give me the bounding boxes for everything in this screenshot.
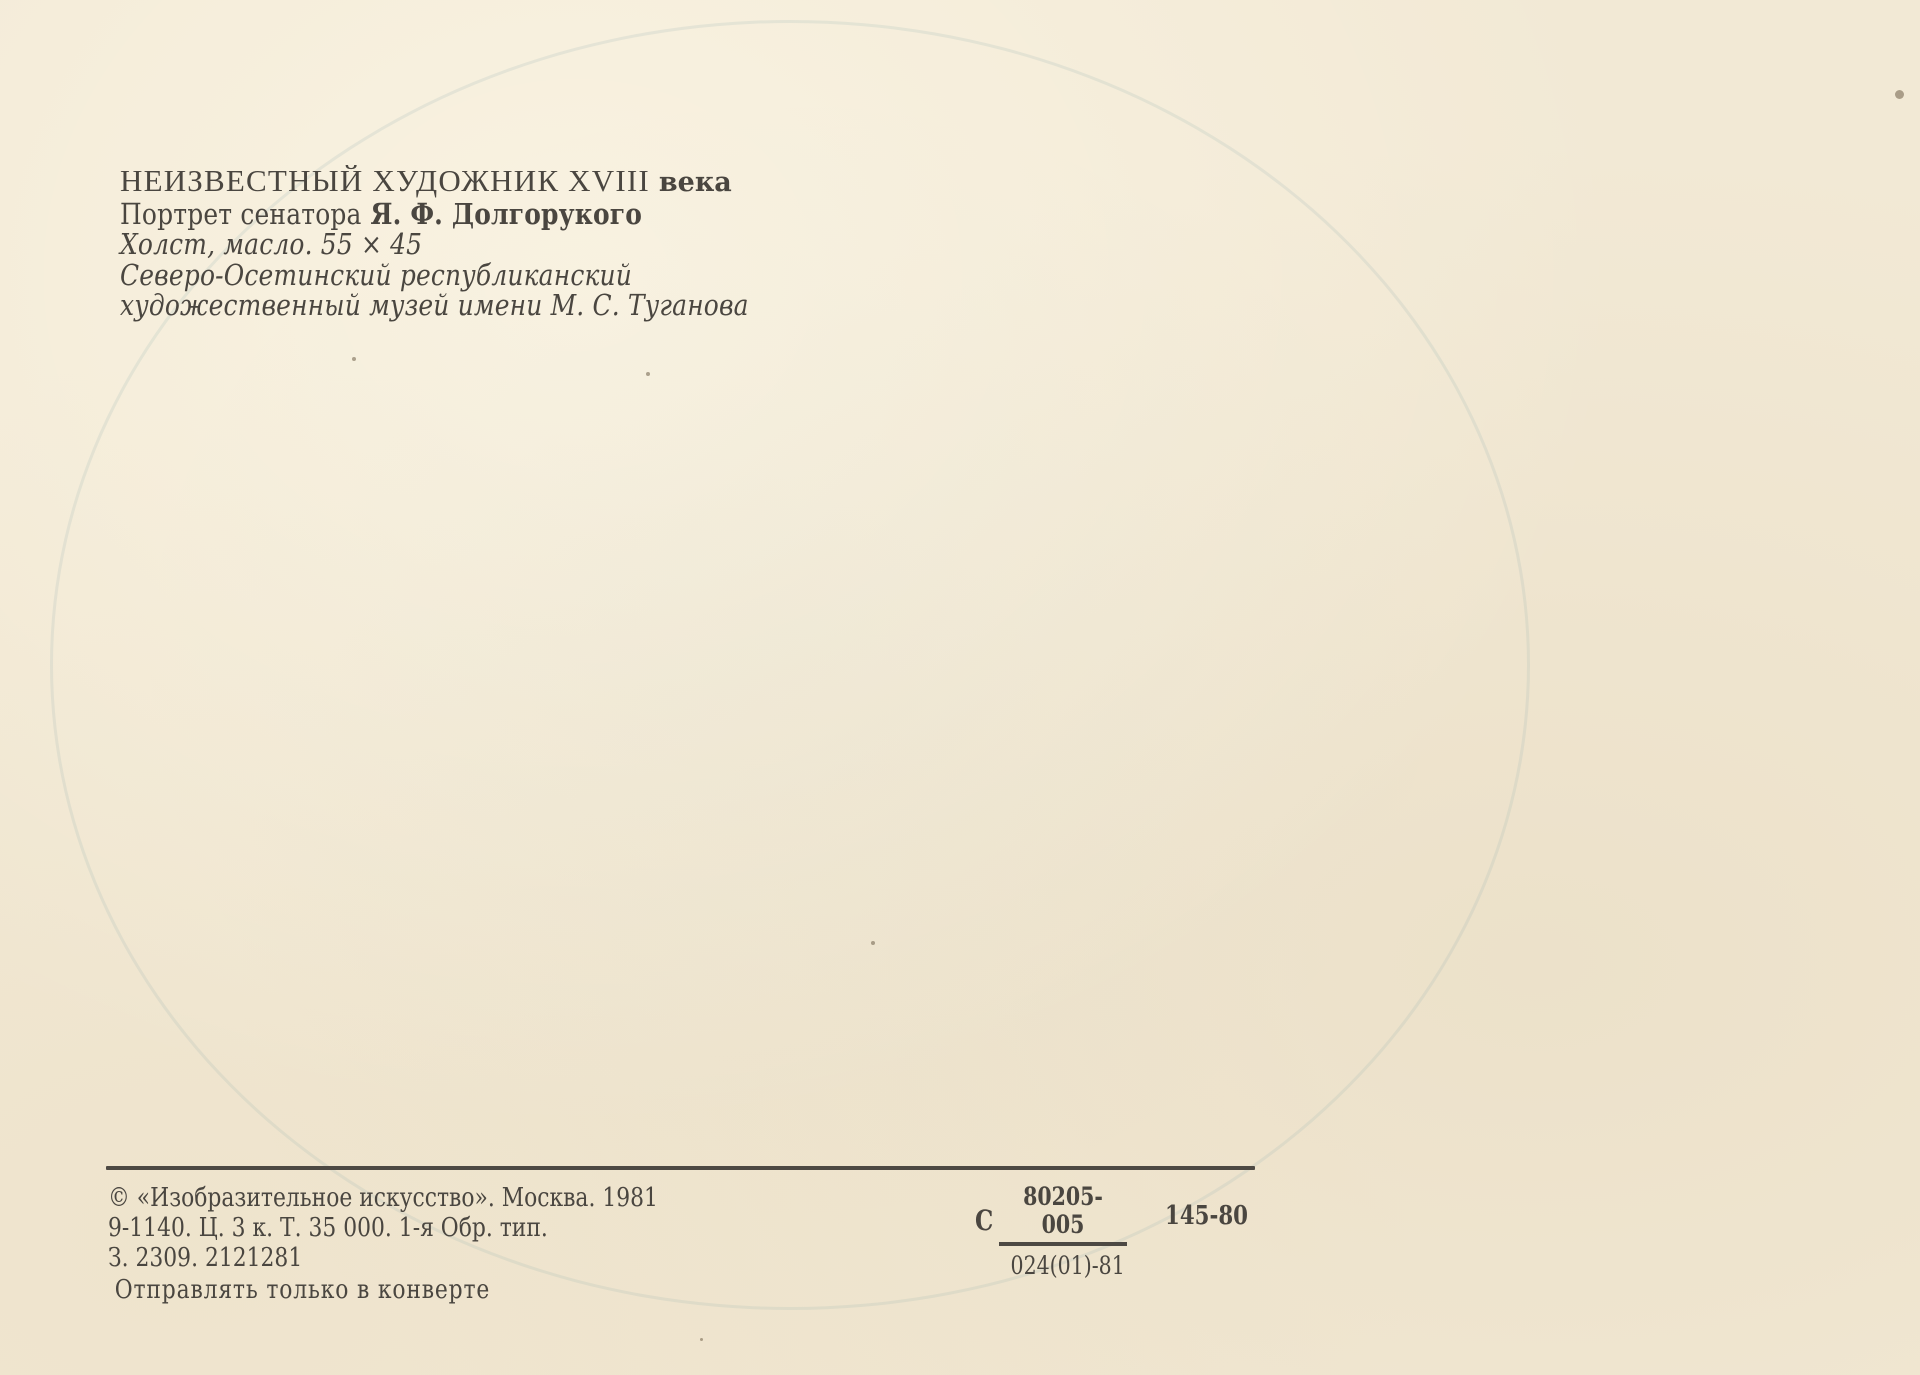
imprint-order-number: З. 2309. 2121281 — [108, 1243, 658, 1273]
index-letter: С — [975, 1204, 993, 1237]
artwork-sitter-name: Я. Ф. Долгорукого — [370, 197, 642, 231]
paper-speck — [352, 357, 356, 361]
museum-line-2: художественный музей имени М. С. Туганов… — [120, 290, 749, 321]
fraction-bar — [999, 1242, 1127, 1246]
artist-century-suffix: века — [659, 167, 732, 198]
index-fraction: 80205-005 024(01)-81 — [999, 1183, 1127, 1280]
paper-speck — [646, 372, 650, 376]
museum-line-1: Северо-Осетинский республиканский — [120, 260, 749, 291]
artwork-title-line: Портрет сенатора Я. Ф. Долгорукого — [120, 199, 749, 230]
index-suffix: 145-80 — [1165, 1201, 1248, 1231]
paper-speck — [871, 941, 875, 945]
imprint-copyright: © «Изобразительное искусство». Москва. 1… — [108, 1183, 658, 1213]
artist-name: НЕИЗВЕСТНЫЙ ХУДОЖНИК XVIII — [120, 163, 650, 198]
imprint-print-details: 9-1140. Ц. 3 к. Т. 35 000. 1-я Обр. тип. — [108, 1213, 658, 1243]
artist-line: НЕИЗВЕСТНЫЙ ХУДОЖНИК XVIII века — [120, 166, 851, 199]
index-numerator: 80205-005 — [1011, 1183, 1116, 1239]
artwork-caption: НЕИЗВЕСТНЫЙ ХУДОЖНИК XVIII века Портрет … — [120, 166, 851, 321]
divider-rule — [106, 1166, 1255, 1170]
artwork-medium: Холст, масло. 55 × 45 — [120, 229, 749, 260]
artwork-title-prefix: Портрет сенатора — [120, 197, 362, 231]
publisher-imprint: © «Изобразительное искусство». Москва. 1… — [108, 1183, 763, 1305]
paper-speck — [1895, 90, 1904, 99]
paper-speck — [700, 1338, 703, 1341]
mailing-note: Отправлять только в конверте — [108, 1275, 658, 1305]
index-denominator: 024(01)-81 — [1011, 1252, 1116, 1280]
